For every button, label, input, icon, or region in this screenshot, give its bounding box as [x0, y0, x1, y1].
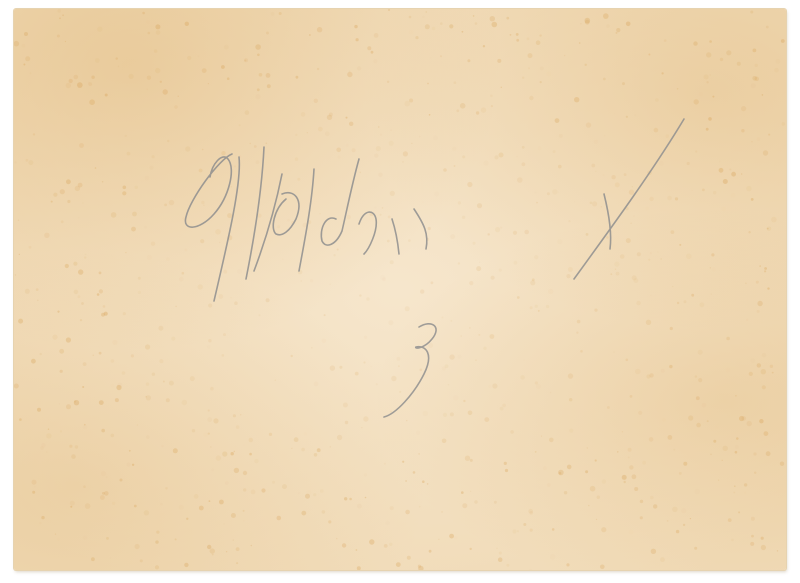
paper-card: O Woldorf 3 [14, 9, 786, 570]
pencil-signature: O Woldorf 3 [14, 9, 786, 570]
